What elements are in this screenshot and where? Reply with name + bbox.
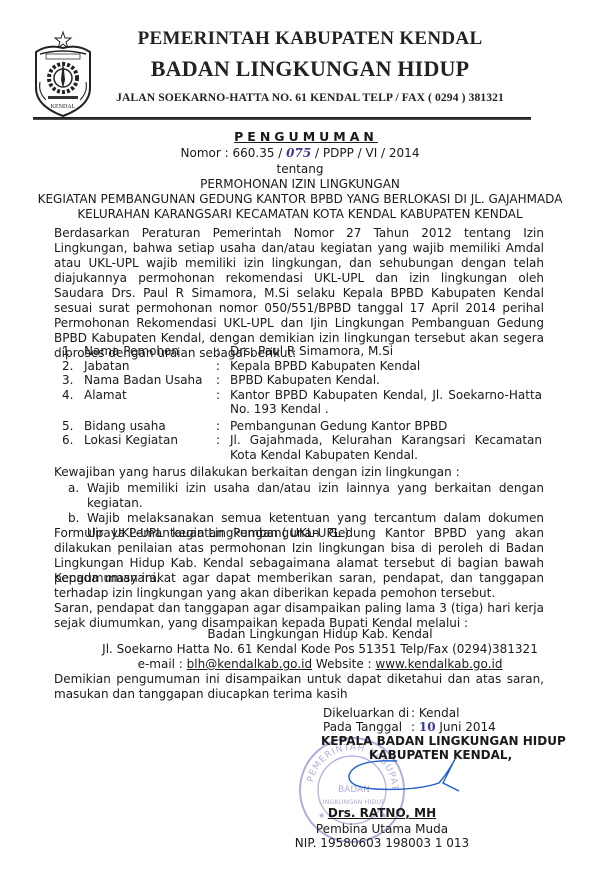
announcement-letter: KENDAL PEMERINTAH KABUPATEN KENDAL BADAN…: [0, 0, 600, 876]
detail-number: 5.: [62, 419, 84, 434]
svg-text:KENDAL: KENDAL: [51, 104, 76, 110]
signatory-name: Drs. RATNO, MH: [0, 806, 600, 820]
signatory-title-1: KEPALA BADAN LINGKUNGAN HIDUP: [321, 734, 581, 748]
detail-separator: :: [216, 433, 230, 462]
detail-row: 6.Lokasi Kegiatan:Jl. Gajahmada, Kelurah…: [62, 433, 542, 462]
issued-place: Dikeluarkan di: Kendal: [323, 706, 459, 720]
subject-line-2: KEGIATAN PEMBANGUNAN GEDUNG KANTOR BPBD …: [0, 192, 600, 206]
document-number: Nomor : 660.35 / 075 / PDPP / VI / 2014: [0, 146, 600, 160]
number-prefix: Nomor : 660.35 /: [181, 146, 287, 160]
detail-number: 4.: [62, 388, 84, 417]
public-input-paragraph: Kepada masyarakat agar dapat memberikan …: [54, 571, 544, 601]
office-contacts: e-mail : blh@kendalkab.go.id Website : w…: [20, 657, 600, 671]
document-title: PENGUMUMAN: [0, 129, 600, 144]
detail-value: BPBD Kabupaten Kendal.: [230, 373, 542, 388]
website-link[interactable]: www.kendalkab.go.id: [375, 657, 502, 671]
intro-paragraph: Berdasarkan Peraturan Pemerintah Nomor 2…: [54, 226, 544, 361]
agency-name: BADAN LINGKUNGAN HIDUP: [110, 56, 510, 82]
detail-separator: :: [216, 359, 230, 374]
signatory-rank: Pembina Utama Muda: [0, 822, 600, 836]
signatory-nip: NIP. 19580603 198003 1 013: [0, 836, 600, 850]
svg-text:LINGKUNGAN HIDUP: LINGKUNGAN HIDUP: [319, 798, 385, 806]
letterhead: PEMERINTAH KABUPATEN KENDAL BADAN LINGKU…: [110, 26, 510, 104]
letterhead-divider: [33, 117, 531, 120]
detail-number: 6.: [62, 433, 84, 462]
detail-label: Jabatan: [84, 359, 216, 374]
handwritten-signature-icon: [345, 757, 460, 797]
detail-label: Lokasi Kegiatan: [84, 433, 216, 462]
obligation-text: Wajib memiliki izin usaha dan/atau izin …: [87, 481, 544, 511]
detail-separator: :: [216, 344, 230, 359]
email-label: e-mail :: [138, 657, 187, 671]
detail-separator: :: [216, 373, 230, 388]
application-details: 1.Nama Pemohon:Drs. Paul R Simamora, M.S…: [62, 344, 542, 462]
date-label: Pada Tanggal: [323, 720, 411, 734]
subject-line-3: KELURAHAN KARANGSARI KECAMATAN KOTA KEND…: [0, 207, 600, 221]
agency-address: JALAN SOEKARNO-HATTA NO. 61 KENDAL TELP …: [110, 91, 510, 104]
detail-separator: :: [216, 388, 230, 417]
detail-row: 2.Jabatan:Kepala BPBD Kabupaten Kendal: [62, 359, 542, 374]
subject-line-1: PERMOHONAN IZIN LINGKUNGAN: [0, 177, 600, 191]
detail-value: Kantor BPBD Kabupaten Kendal, Jl. Soekar…: [230, 388, 542, 417]
subject-preposition: tentang: [0, 162, 600, 176]
obligation-marker: a.: [68, 481, 87, 511]
handwritten-day: 10: [419, 720, 436, 734]
date-rest: Juni 2014: [436, 720, 496, 734]
email-link[interactable]: blh@kendalkab.go.id: [187, 657, 312, 671]
detail-label: Bidang usaha: [84, 419, 216, 434]
closing-paragraph: Demikian pengumuman ini disampaikan untu…: [54, 672, 544, 702]
detail-value: Drs. Paul R Simamora, M.Si: [230, 344, 542, 359]
detail-value: Pembangunan Gedung Kantor BPBD: [230, 419, 542, 434]
detail-separator: :: [216, 419, 230, 434]
detail-row: 1.Nama Pemohon:Drs. Paul R Simamora, M.S…: [62, 344, 542, 359]
obligation-item: a.Wajib memiliki izin usaha dan/atau izi…: [68, 481, 544, 511]
office-name: Badan Lingkungan Hidup Kab. Kendal: [20, 627, 600, 641]
number-suffix: / PDPP / VI / 2014: [311, 146, 419, 160]
detail-number: 1.: [62, 344, 84, 359]
handwritten-number: 075: [286, 146, 311, 160]
issued-label: Dikeluarkan di: [323, 706, 411, 720]
office-street: Jl. Soekarno Hatta No. 61 Kendal Kode Po…: [20, 642, 600, 656]
obligations-intro: Kewajiban yang harus dilakukan berkaitan…: [54, 465, 544, 480]
detail-row: 3.Nama Badan Usaha:BPBD Kabupaten Kendal…: [62, 373, 542, 388]
website-label: Website :: [312, 657, 375, 671]
detail-label: Alamat: [84, 388, 216, 417]
detail-label: Nama Badan Usaha: [84, 373, 216, 388]
detail-number: 3.: [62, 373, 84, 388]
issued-value: : Kendal: [411, 706, 459, 720]
detail-value: Jl. Gajahmada, Kelurahan Karangsari Keca…: [230, 433, 542, 462]
issued-date: Pada Tanggal: 10 Juni 2014: [323, 720, 496, 734]
detail-row: 4.Alamat:Kantor BPBD Kabupaten Kendal, J…: [62, 388, 542, 417]
kendal-regency-coat-of-arms-icon: KENDAL: [32, 30, 94, 118]
detail-value: Kepala BPBD Kabupaten Kendal: [230, 359, 542, 374]
detail-row: 5.Bidang usaha:Pembangunan Gedung Kantor…: [62, 419, 542, 434]
detail-label: Nama Pemohon: [84, 344, 216, 359]
date-separator: :: [411, 720, 419, 734]
government-name: PEMERINTAH KABUPATEN KENDAL: [110, 28, 510, 50]
detail-number: 2.: [62, 359, 84, 374]
